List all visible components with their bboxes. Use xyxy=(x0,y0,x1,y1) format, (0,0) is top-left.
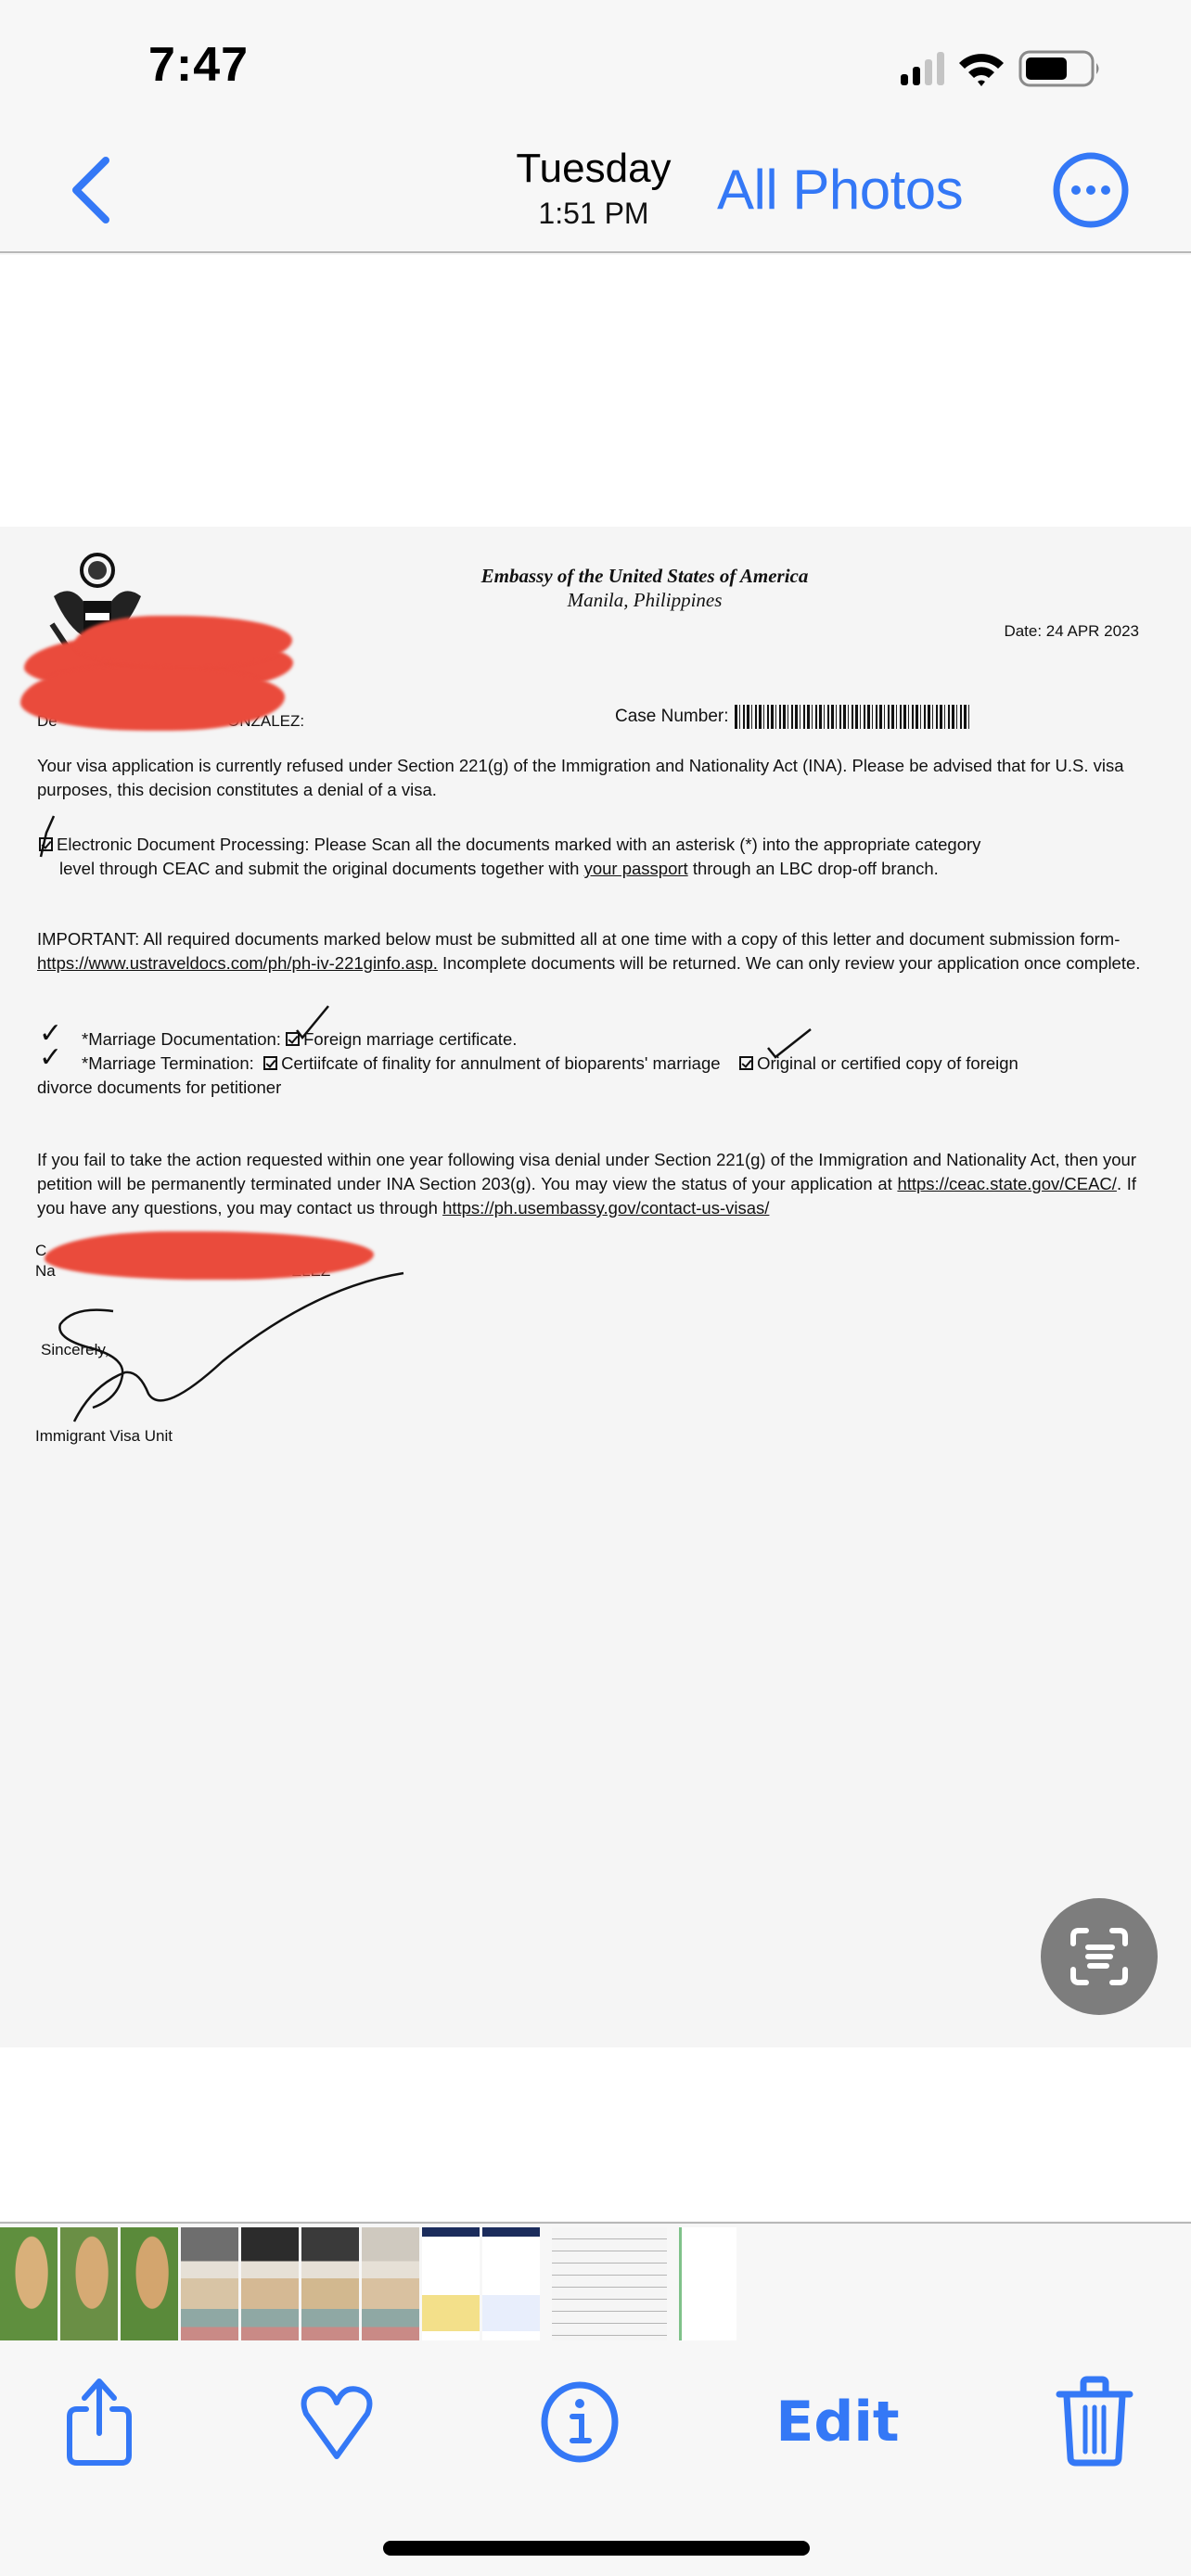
marriage-doc-label: *Marriage Documentation: xyxy=(82,1029,281,1049)
trash-icon xyxy=(1056,2376,1133,2468)
thumbnail-dog-photo[interactable] xyxy=(0,2227,58,2340)
edp-line2-end: through an LBC drop-off branch. xyxy=(688,859,939,878)
ustraveldocs-link: https://www.ustraveldocs.com/ph/ph-iv-22… xyxy=(37,953,438,973)
case-number-label: Case Number: xyxy=(615,705,729,729)
checkbox-checked xyxy=(263,1056,277,1070)
marriage-doc-item: Foreign marriage certificate. xyxy=(303,1029,517,1049)
important-paragraph: IMPORTANT: All required documents marked… xyxy=(37,927,1150,976)
important-text: IMPORTANT: All required documents marked… xyxy=(37,929,1120,949)
photo-document-letter[interactable]: Embassy of the United States of America … xyxy=(0,527,1191,2047)
photo-day: Tuesday xyxy=(482,143,705,195)
marriage-term-label: *Marriage Termination: xyxy=(82,1053,254,1073)
important-text-end: Incomplete documents will be returned. W… xyxy=(438,953,1141,973)
thumbnail-bed-photo[interactable] xyxy=(241,2227,299,2340)
home-indicator xyxy=(383,2541,810,2556)
info-button[interactable] xyxy=(538,2376,621,2468)
letter: Embassy of the United States of America … xyxy=(0,527,1191,2047)
case-number-barcode xyxy=(735,705,970,729)
checkbox-checked xyxy=(739,1056,753,1070)
redaction-name xyxy=(74,616,292,667)
thumbnail-strip[interactable] xyxy=(0,2222,1191,2342)
thumbnail-web-screenshot[interactable] xyxy=(482,2227,540,2340)
refusal-paragraph: Your visa application is currently refus… xyxy=(37,754,1150,802)
handwritten-tick: ✓ xyxy=(39,1044,62,1072)
share-icon xyxy=(62,2376,136,2468)
back-button[interactable] xyxy=(65,153,121,227)
case-number: Case Number: xyxy=(615,705,970,729)
live-text-button[interactable] xyxy=(1041,1898,1158,2015)
handwritten-check-mark xyxy=(295,1004,332,1041)
live-text-scan-icon xyxy=(1066,1923,1133,1990)
favorite-button[interactable] xyxy=(295,2376,378,2468)
status-time: 7:47 xyxy=(148,37,249,93)
thumbnail-dog-photo[interactable] xyxy=(60,2227,118,2340)
edp-paragraph: Electronic Document Processing: Please S… xyxy=(39,833,1152,881)
photo-time: 1:51 PM xyxy=(482,195,705,232)
edp-line1: Electronic Document Processing: Please S… xyxy=(57,835,980,854)
thumbnail-list xyxy=(0,2227,736,2340)
delete-button[interactable] xyxy=(1053,2376,1136,2468)
thumbnail-bed-photo[interactable] xyxy=(362,2227,419,2340)
all-photos-button[interactable]: All Photos xyxy=(717,158,963,222)
chevron-left-icon xyxy=(65,153,121,227)
marriage-term-item2-cont: divorce documents for petitioner xyxy=(37,1076,1150,1100)
passport-underline: your passport xyxy=(584,859,688,878)
thumbnail-web-screenshot[interactable] xyxy=(422,2227,480,2340)
final-paragraph: If you fail to take the action requested… xyxy=(37,1148,1136,1220)
status-bar: 7:47 xyxy=(0,0,1191,139)
ellipsis-circle-icon xyxy=(1052,151,1130,229)
letterhead-city: Manila, Philippines xyxy=(399,588,890,612)
cellular-signal-icon xyxy=(901,52,944,85)
info-icon xyxy=(539,2381,621,2463)
thumbnail-bed-photo[interactable] xyxy=(301,2227,359,2340)
ceac-link: https://ceac.state.gov/CEAC/ xyxy=(897,1174,1117,1193)
marriage-term-item1: Certiifcate of finality for annulment of… xyxy=(281,1053,720,1073)
thumbnail-letter-current[interactable] xyxy=(552,2227,667,2340)
nav-bar: Tuesday 1:51 PM All Photos xyxy=(0,139,1191,253)
status-icons xyxy=(901,48,1102,89)
handwritten-signature xyxy=(37,1269,417,1435)
thumbnail-bed-photo[interactable] xyxy=(181,2227,238,2340)
handwritten-check-mark xyxy=(37,814,65,861)
thumbnail-dog-photo[interactable] xyxy=(121,2227,178,2340)
letterhead-embassy: Embassy of the United States of America xyxy=(399,564,890,588)
redaction-name xyxy=(20,666,285,731)
contact-link: https://ph.usembassy.gov/contact-us-visa… xyxy=(442,1198,769,1218)
thumbnail-receipt-screenshot[interactable] xyxy=(679,2227,736,2340)
share-button[interactable] xyxy=(58,2376,141,2468)
edp-line2: level through CEAC and submit the origin… xyxy=(59,859,584,878)
required-documents: ✓ *Marriage Documentation: Foreign marri… xyxy=(37,1027,1150,1100)
signatory: Immigrant Visa Unit xyxy=(35,1424,173,1448)
photo-date-title: Tuesday 1:51 PM xyxy=(482,143,705,232)
letter-date: Date: 24 APR 2023 xyxy=(1004,619,1139,644)
more-button[interactable] xyxy=(1052,151,1130,229)
photo-viewer[interactable]: Embassy of the United States of America … xyxy=(0,255,1191,2221)
heart-icon xyxy=(297,2382,377,2462)
handwritten-check-mark xyxy=(766,1027,813,1061)
wifi-icon xyxy=(957,50,1005,87)
edit-button[interactable]: Edit xyxy=(777,2376,898,2468)
battery-icon xyxy=(1018,48,1102,89)
letterhead: Embassy of the United States of America … xyxy=(399,564,890,612)
